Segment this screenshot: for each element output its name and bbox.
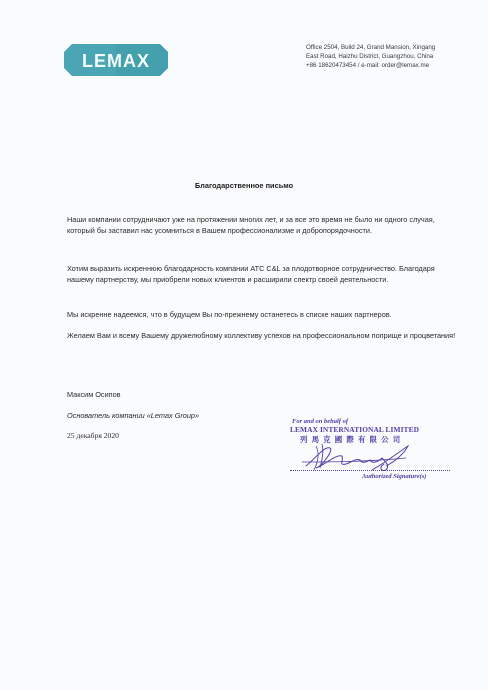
paragraph: Наши компании сотрудничают уже на протяж…	[67, 214, 457, 237]
address-line: East Road, Haizhu District, Guangzhou, C…	[306, 52, 435, 61]
lemax-logo: LEMAX	[64, 41, 168, 79]
letter-title: Благодарственное письмо	[0, 181, 488, 190]
paragraph: Мы искренне надеемся, что в будущем Вы п…	[67, 309, 457, 320]
stamp-company-name: LEMAX INTERNATIONAL LIMITED	[290, 425, 419, 434]
signature-date: 25 декабря 2020	[67, 431, 119, 440]
paragraph: Хотим выразить искреннюю благодарность к…	[67, 263, 457, 286]
signer-role: Основатель компании «Lemax Group»	[67, 411, 199, 420]
letter-page: LEMAX Office 2504, Build 24, Grand Mansi…	[0, 0, 488, 690]
address-contacts: +86 18620473454 / e-mail: order@lemax.me	[306, 61, 435, 70]
logo-text: LEMAX	[82, 51, 150, 71]
address-line: Office 2504, Build 24, Grand Mansion, Xi…	[306, 43, 435, 52]
signature-line	[290, 470, 450, 471]
signer-name: Максим Осипов	[67, 390, 121, 399]
paragraph: Желаем Вам и всему Вашему дружелюбному к…	[67, 330, 457, 341]
handwritten-signature-icon	[286, 440, 456, 474]
company-address: Office 2504, Build 24, Grand Mansion, Xi…	[306, 43, 435, 70]
stamp-on-behalf: For and on behalf of	[292, 418, 348, 425]
stamp-authorized-label: Authorized Signature(s)	[362, 473, 426, 480]
company-stamp: For and on behalf of LEMAX INTERNATIONAL…	[286, 418, 466, 498]
